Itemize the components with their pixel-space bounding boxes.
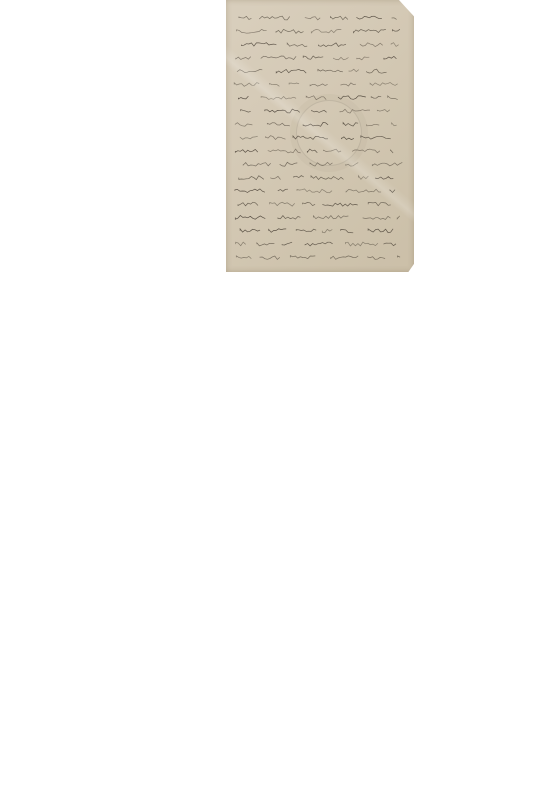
handwritten-page (226, 0, 414, 272)
handwriting-lines (226, 0, 414, 272)
